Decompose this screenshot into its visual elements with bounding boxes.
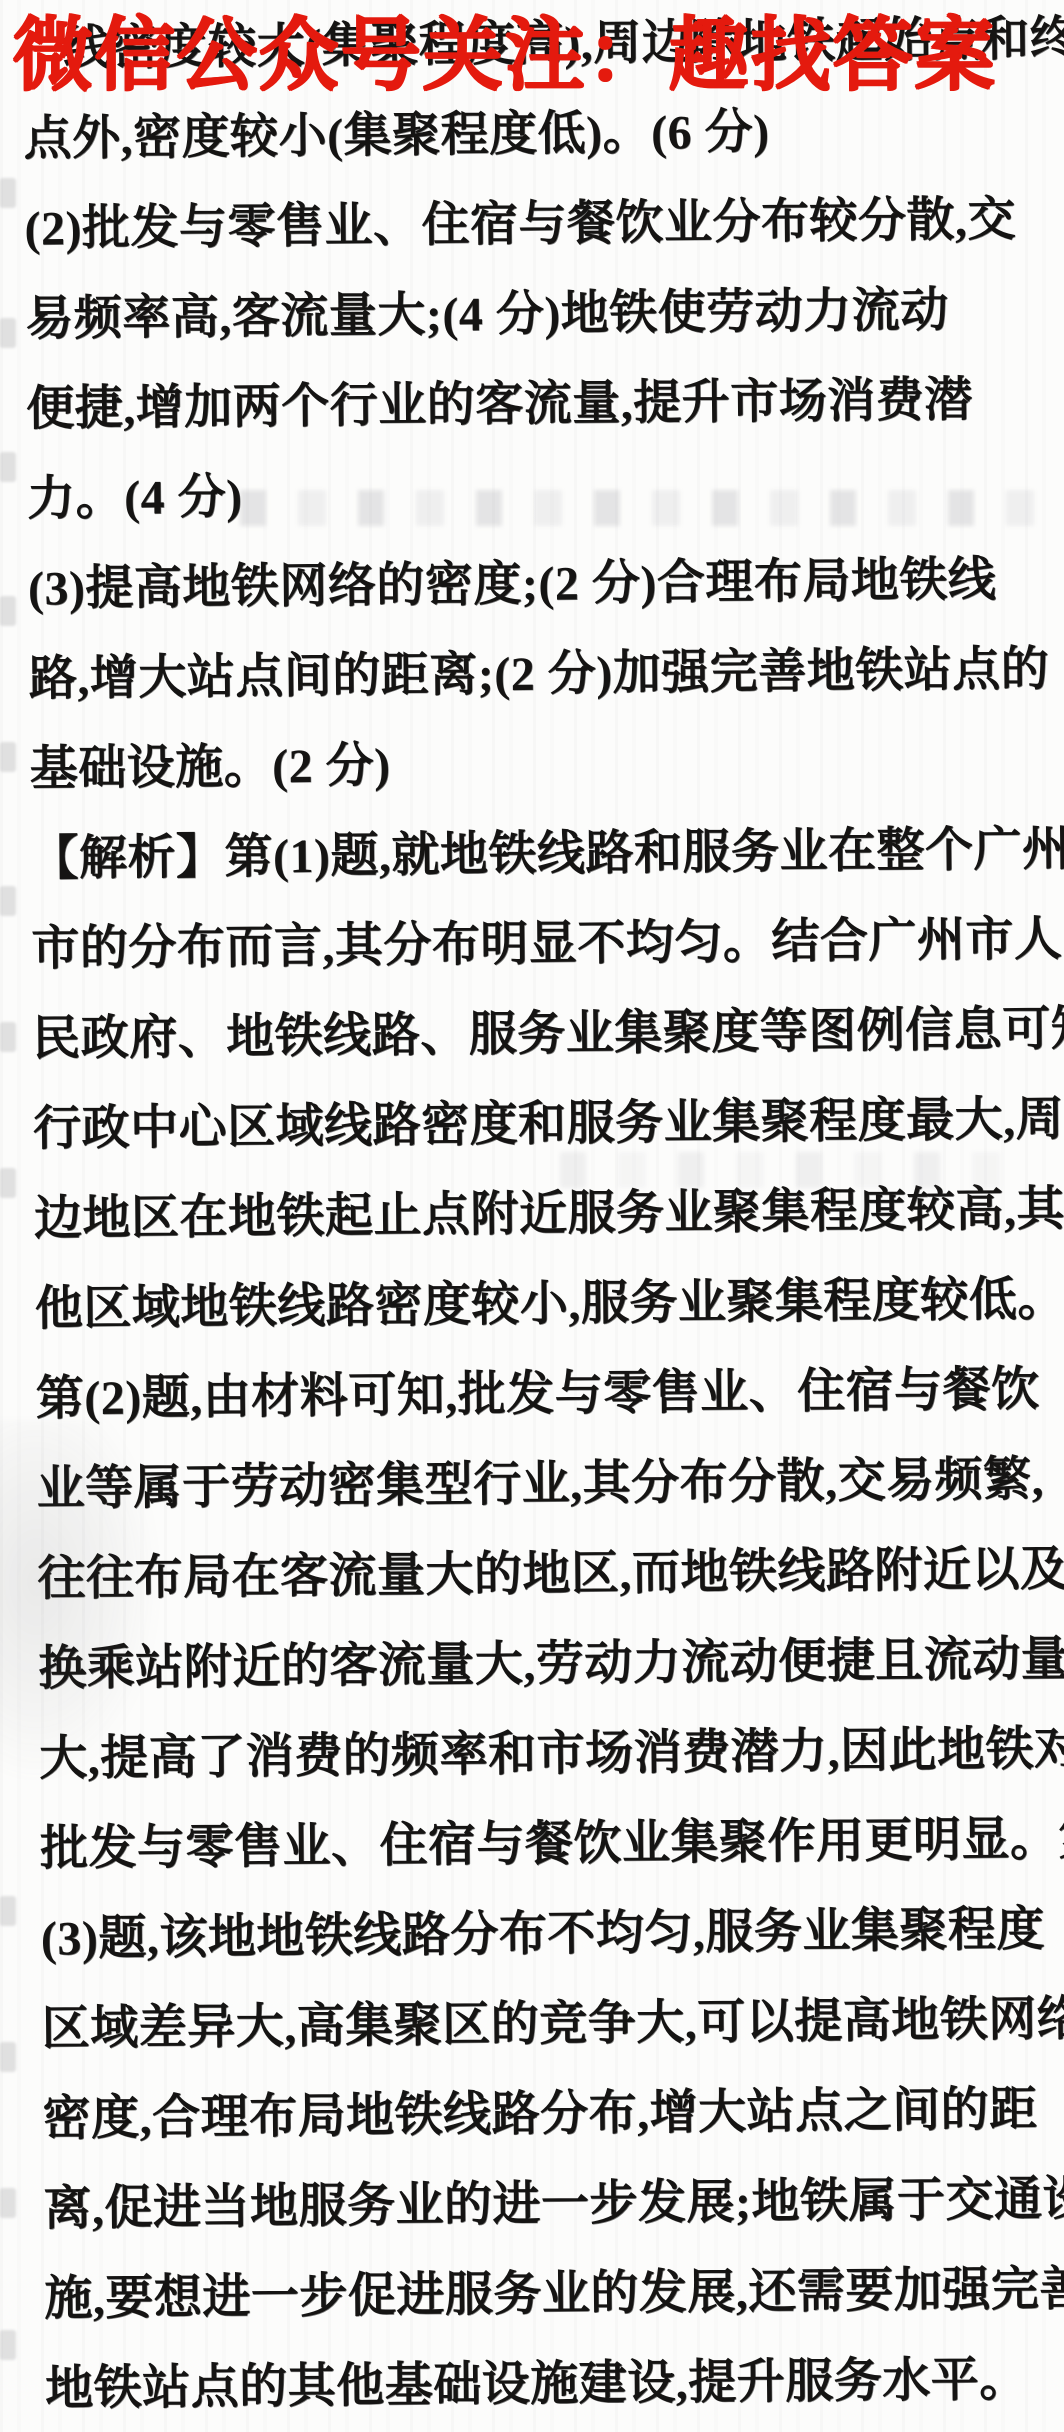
text-line: 易频率高,客流量大;(4 分)地铁使劳动力流动 [0,265,1056,365]
text-line: (3)题,该地地铁线路分布不均匀,服务业集聚程度 [6,1885,1064,1985]
text-line: 他区域地铁线路密度较小,服务业聚集程度较低。 [0,1255,1064,1355]
text-line: 【解析】第(1)题,就地铁线路和服务业在整个广州 [0,805,1061,905]
watermark-text: 微信公众号关注：趣找答案 [12,16,1062,94]
text-line: 批发与零售业、住宿与餐饮业集聚作用更明显。第 [6,1795,1064,1895]
text-line: (2)批发与零售业、住宿与餐饮业分布较分散,交 [0,175,1055,275]
text-line: 区域差异大,高集聚区的竞争大,可以提高地铁网络 [7,1975,1064,2075]
text-line: 离,促进当地服务业的进一步发展;地铁属于交通设 [9,2155,1064,2255]
text-line: 点外,密度较小(集聚程度低)。(6 分) [0,85,1054,185]
text-line: 力。(4 分) [0,445,1057,545]
text-line: 往往布局在客流量大的地区,而地铁线路附近以及 [3,1525,1064,1625]
text-line: 地铁站点的其他基础设施建设,提升服务水平。 [11,2335,1064,2432]
text-line: 第(2)题,由材料可知,批发与零售业、住宿与餐饮 [1,1345,1064,1445]
text-line: 路,增大站点间的距离;(2 分)加强完善地铁站点的 [0,625,1059,725]
text-line: 民政府、地铁线路、服务业集聚度等图例信息可知, [0,985,1063,1085]
scanned-answer-page: 微信公众号关注：趣找答案 线密度较大(集聚程度高),周边除地铁起始点和终 点外,… [0,0,1064,2432]
text-line: (3)提高地铁网络的密度;(2 分)合理布局地铁线 [0,535,1058,635]
text-line: 基础设施。(2 分) [0,715,1060,815]
text-line: 换乘站附近的客流量大,劳动力流动便捷且流动量 [4,1615,1064,1715]
text-line: 施,要想进一步促进服务业的发展,还需要加强完善 [10,2245,1064,2345]
text-line: 密度,合理布局地铁线路分布,增大站点之间的距 [8,2065,1064,2165]
answer-text-block: 线密度较大(集聚程度高),周边除地铁起始点和终 点外,密度较小(集聚程度低)。(… [0,0,1064,2432]
text-line: 边地区在地铁起止点附近服务业聚集程度较高,其 [0,1165,1064,1265]
text-line: 行政中心区域线路密度和服务业集聚程度最大,周 [0,1075,1064,1175]
text-line: 大,提高了消费的频率和市场消费潜力,因此地铁对 [5,1705,1064,1805]
text-line: 市的分布而言,其分布明显不均匀。结合广州市人 [0,895,1062,995]
text-line: 业等属于劳动密集型行业,其分布分散,交易频繁, [2,1435,1064,1535]
text-line: 便捷,增加两个行业的客流量,提升市场消费潜 [0,355,1057,455]
